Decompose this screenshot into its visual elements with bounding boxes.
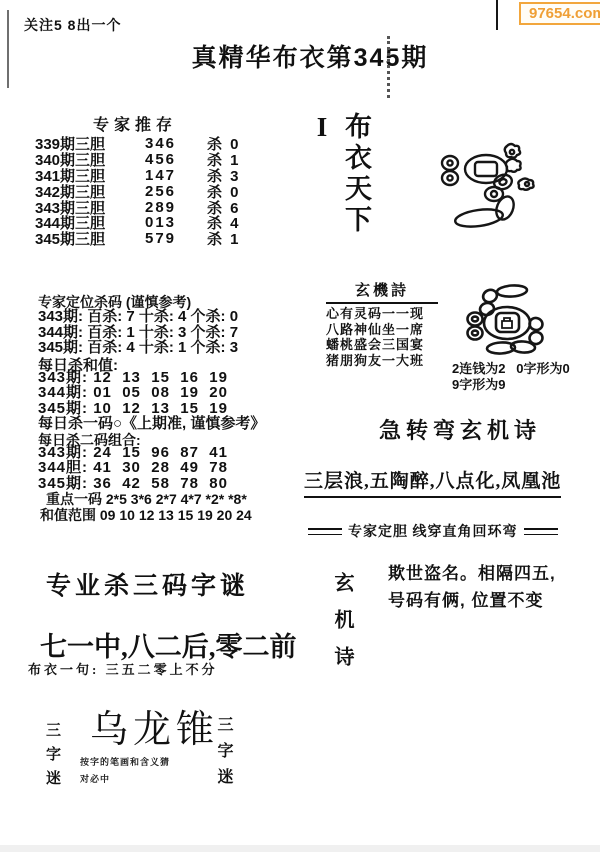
- daily-kill-sum-rows: 343期: 12 13 15 16 19 344期: 01 05 08 19 2…: [38, 370, 228, 416]
- position-kill-rows: 343期: 百杀: 7 十杀: 4 个杀: 0 344期: 百杀: 1 十杀: …: [38, 309, 238, 356]
- page-title: 真精华布衣第345期: [0, 38, 600, 74]
- row-kill: 杀 1: [207, 228, 263, 249]
- double-line-left: [308, 528, 342, 535]
- row-pick: 456: [145, 151, 207, 168]
- row-pick: 289: [145, 199, 207, 216]
- scan-shadow-bottom: [0, 845, 600, 852]
- buyi-sentence: 布衣一句: 三五二零上不分: [28, 659, 218, 678]
- divider-text: 专家定胆 线穿直角回环弯: [348, 521, 518, 541]
- list-item: 344胆: 41 30 28 49 78: [38, 460, 228, 475]
- list-item: 343期: 12 13 15 16 19: [38, 370, 228, 385]
- list-item: 344期: 01 05 08 19 20: [38, 385, 228, 400]
- poem-line: 八路神仙坐一席: [326, 322, 438, 338]
- word-riddle-answer: 乌龙锥: [90, 698, 219, 753]
- row-pick: 256: [145, 183, 207, 200]
- list-item: 343期: 百杀: 7 十杀: 4 个杀: 0: [38, 309, 238, 325]
- expert-recommend-table: 339期三胆 346 杀 0 340期三胆 456 杀 1 341期三胆 147…: [35, 136, 263, 247]
- three-code-riddle-title: 专业杀三码字谜: [46, 566, 249, 602]
- row-pick: 147: [145, 167, 207, 184]
- sharp-turn-riddle-line: 三层浪,五陶醉,八点化,凤凰池: [304, 466, 561, 498]
- poem-line: 蟠桃盛会三国宴: [326, 337, 438, 353]
- sum-range-line: 和值范围 09 10 12 13 15 19 20 24: [40, 505, 252, 525]
- list-item: 344期: 百杀: 1 十杀: 3 个杀: 7: [38, 325, 238, 341]
- coin-sketch-2: [463, 272, 587, 364]
- riddle-line: 欺世盗名。相隔四五,: [388, 560, 556, 587]
- row-pick: 346: [145, 135, 207, 152]
- row-period: 345期三胆: [35, 228, 145, 249]
- row-pick: 579: [145, 230, 207, 247]
- coin-note-line: 9字形为9: [452, 377, 570, 393]
- note-line: 对必中: [80, 771, 170, 788]
- sharp-turn-title: 急转弯玄机诗: [330, 414, 590, 445]
- word-riddle-right-label: 三字迷: [212, 716, 235, 794]
- buyi-tianxia-vertical-title: 布衣天下I: [306, 112, 376, 252]
- xuanji-poem-block: 玄機詩 心有灵码一一现 八路神仙坐一席 蟠桃盛会三国宴 猪朋狗友一大班: [326, 279, 438, 368]
- xuanji-right-lines: 欺世盗名。相隔四五, 号码有俩, 位置不变: [388, 560, 556, 614]
- xuanji-right-vertical-title: 玄机诗: [328, 572, 357, 702]
- expert-recommend-title: 专家推存: [93, 112, 177, 135]
- riddle-line: 号码有俩, 位置不变: [388, 587, 556, 614]
- poem-line: 心有灵码一一现: [326, 306, 438, 322]
- watermark-site-badge: 97654.com: [519, 2, 600, 25]
- coin-shape-notes: 2连钱为2 0字形为0 9字形为9: [452, 361, 570, 393]
- top-left-note: 关注5 8出一个: [24, 15, 121, 35]
- word-riddle-left-label: 三字迷: [42, 722, 63, 794]
- xuanji-poem-title: 玄機詩: [326, 279, 438, 304]
- coin-sketch-1: [433, 138, 553, 242]
- table-row: 345期三胆 579 杀 1: [35, 231, 263, 247]
- row-pick: 013: [145, 214, 207, 231]
- poem-line: 猪朋狗友一大班: [326, 353, 438, 369]
- registration-marks: [387, 36, 390, 98]
- daily-kill-two-rows: 343期: 24 15 96 87 41 344胆: 41 30 28 49 7…: [38, 445, 228, 491]
- list-item: 343期: 24 15 96 87 41: [38, 445, 228, 460]
- expert-dantou-divider: 专家定胆 线穿直角回环弯: [308, 521, 584, 541]
- word-riddle-note: 按字的笔画和含义猜 对必中: [80, 754, 170, 788]
- double-line-right: [524, 528, 558, 535]
- scanned-lottery-sheet: 关注5 8出一个 97654.com 真精华布衣第345期 专家推存 339期三…: [0, 0, 600, 852]
- note-line: 按字的笔画和含义猜: [80, 754, 170, 771]
- coin-note-line: 2连钱为2 0字形为0: [452, 361, 570, 377]
- scan-artifact-watermark-edge: [496, 0, 498, 30]
